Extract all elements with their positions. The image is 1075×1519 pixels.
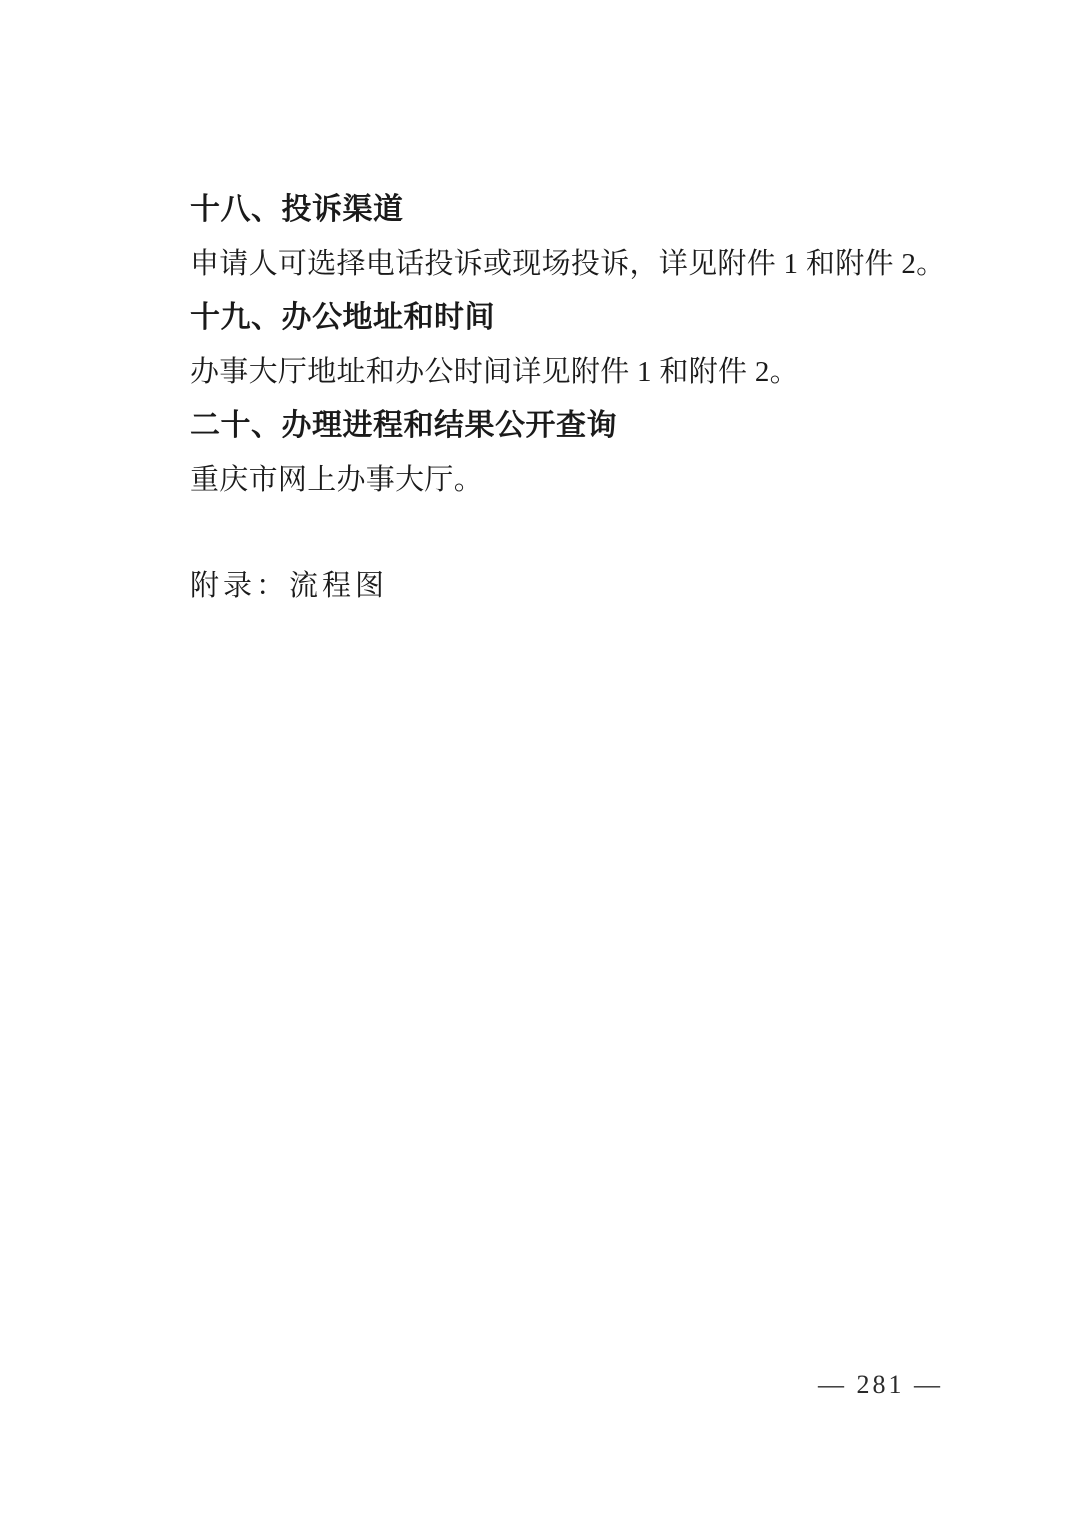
document-page: 十八、投诉渠道 申请人可选择电话投诉或现场投诉，详见附件 1 和附件 2。 十九…	[0, 0, 1075, 1519]
section-paragraph-complaint-channels: 申请人可选择电话投诉或现场投诉，详见附件 1 和附件 2。	[190, 249, 950, 279]
section-paragraph-progress-result-inquiry: 重庆市网上办事大厅。	[190, 465, 950, 495]
section-heading-progress-result-inquiry: 二十、办理进程和结果公开查询	[190, 411, 950, 441]
page-number: — 281 —	[818, 1372, 943, 1398]
section-paragraph-office-address-time: 办事大厅地址和办公时间详见附件 1 和附件 2。	[190, 357, 950, 387]
section-heading-office-address-time: 十九、办公地址和时间	[190, 303, 950, 333]
document-content: 十八、投诉渠道 申请人可选择电话投诉或现场投诉，详见附件 1 和附件 2。 十九…	[190, 195, 950, 601]
appendix-note: 附录：流程图	[190, 571, 950, 601]
section-heading-complaint-channels: 十八、投诉渠道	[190, 195, 950, 225]
